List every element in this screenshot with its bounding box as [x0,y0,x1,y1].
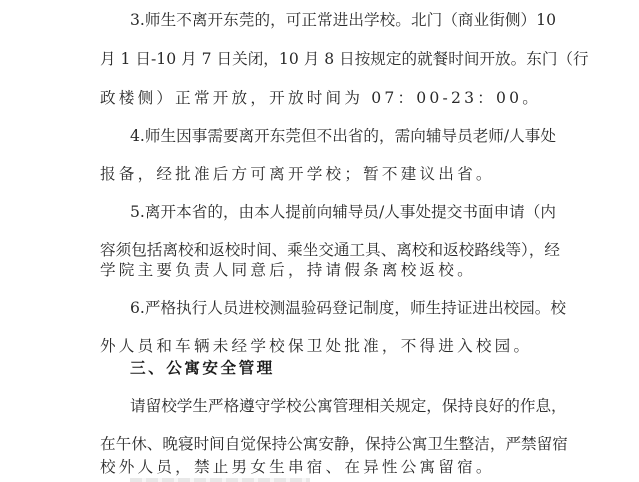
item-5-line-3: 学院主要负责人同意后，持请假条离校返校。 [100,260,556,280]
item-6-line-1: 6.严格执行人员进校测温验码登记制度，师生持证进出校园。校 [130,298,556,318]
document-page: 3.师生不离开东莞的，可正常进出学校。北门（商业街侧）10 月 1 日-10 月… [0,0,639,482]
item-5-line-2: 容须包括离校和返校时间、乘坐交通工具、离校和返校路线等），经 [100,240,556,260]
item-3-line-3: 政楼侧）正常开放，开放时间为 07：00-23：00。 [100,88,556,108]
section-paragraph-line-1: 请留校学生严格遵守学校公寓管理相关规定，保持良好的作息， [130,396,556,416]
section-heading: 三、公寓安全管理 [130,358,556,378]
section-paragraph-line-3: 校外人员，禁止男女生串宿、在异性公寓留宿。 [100,457,556,477]
item-3-line-1: 3.师生不离开东莞的，可正常进出学校。北门（商业街侧）10 [130,10,556,30]
item-4-line-1: 4.师生因事需要离开东莞但不出省的，需向辅导员老师/人事处 [130,126,556,146]
item-4-line-2: 报备，经批准后方可离开学校；暂不建议出省。 [100,164,556,184]
cutoff-next-line [130,478,310,482]
section-paragraph-line-2: 在午休、晚寝时间自觉保持公寓安静，保持公寓卫生整洁，严禁留宿 [100,434,556,454]
item-3-line-2: 月 1 日-10 月 7 日关闭，10 月 8 日按规定的就餐时间开放。东门（行 [100,49,556,69]
item-5-line-1: 5.离开本省的，由本人提前向辅导员/人事处提交书面申请（内 [130,202,556,222]
item-6-line-2: 外人员和车辆未经学校保卫处批准，不得进入校园。 [100,336,556,356]
